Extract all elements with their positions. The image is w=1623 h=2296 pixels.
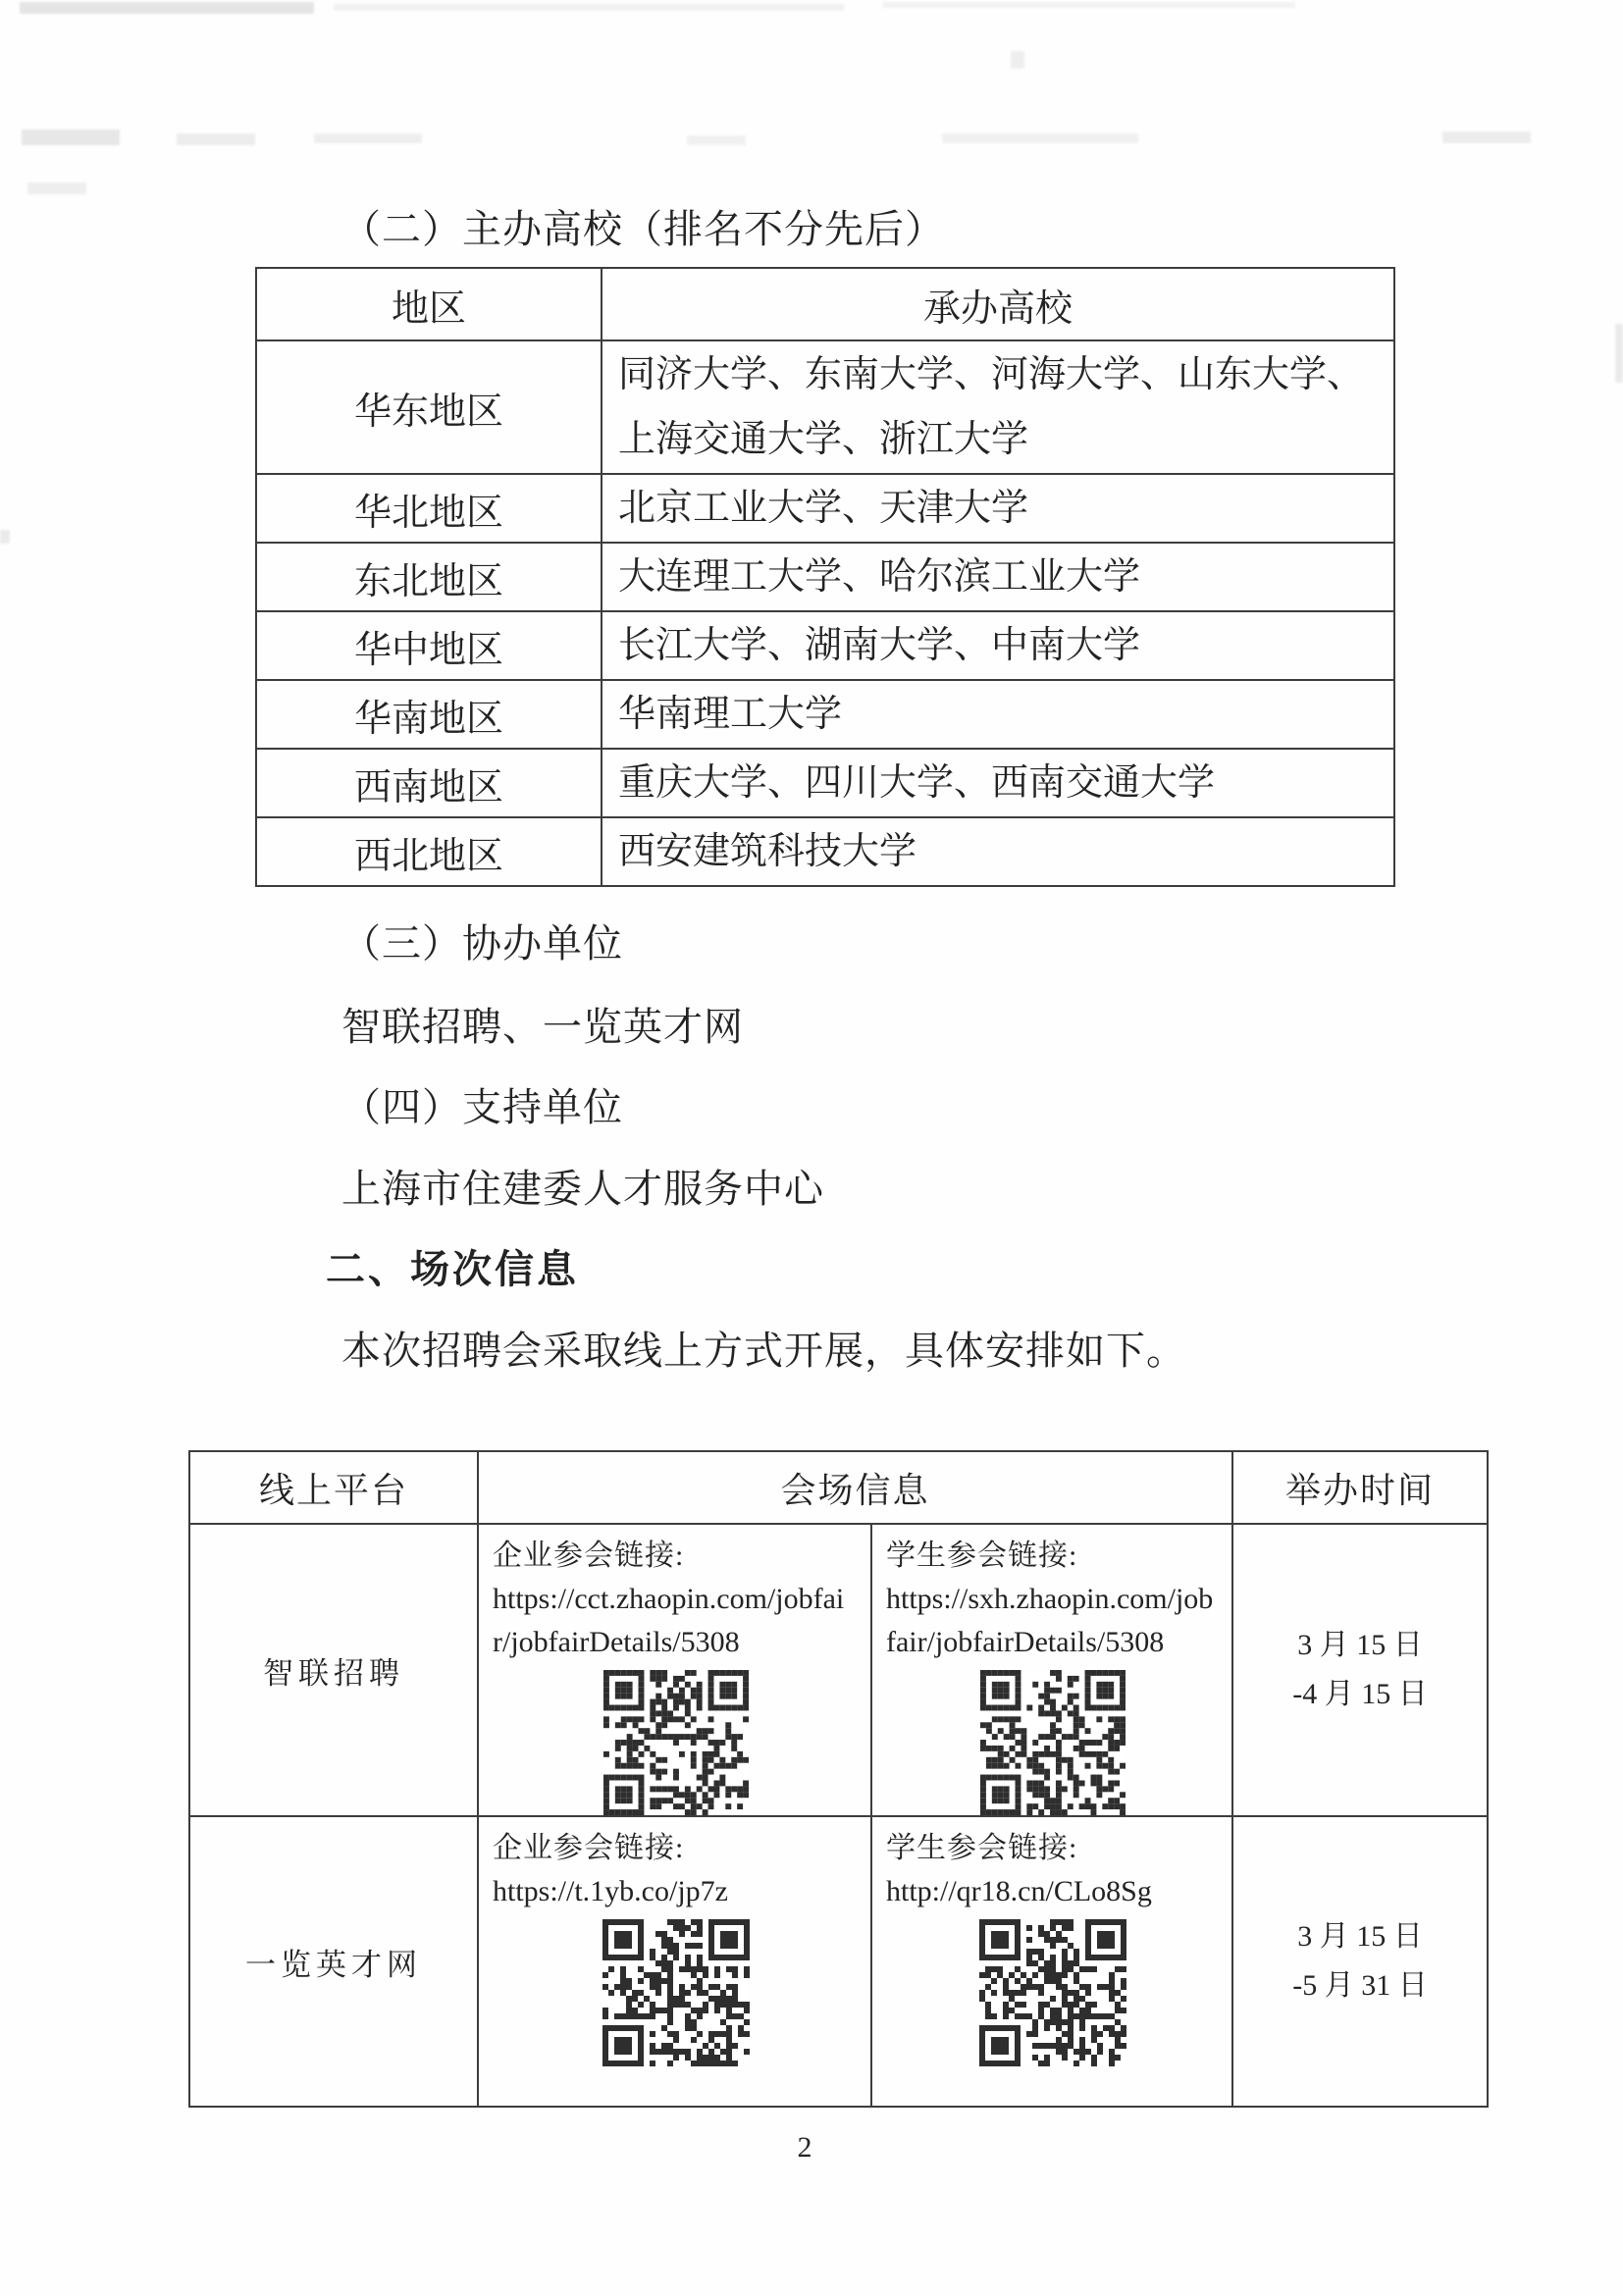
supporters-text: 上海市住建委人才服务中心: [341, 1158, 824, 1214]
company-link-url: https://cct.zhaopin.com/jobfair/jobfairD…: [493, 1578, 859, 1664]
table-row: 华南地区 华南理工大学: [256, 680, 1394, 749]
student-link-url: http://qr18.cn/CLo8Sg: [886, 1870, 1220, 1913]
scan-artifact: [1442, 131, 1531, 143]
region-cell: 东北地区: [256, 543, 602, 611]
schools-cell: 西安建筑科技大学: [602, 817, 1394, 886]
scan-artifact: [942, 133, 1138, 143]
scan-artifact: [1011, 51, 1024, 69]
table-row: 东北地区 大连理工大学、哈尔滨工业大学: [256, 543, 1394, 611]
scan-artifact: [22, 130, 120, 145]
region-cell: 华南地区: [256, 680, 602, 749]
table-row: 西北地区 西安建筑科技大学: [256, 817, 1394, 886]
scan-artifact: [27, 183, 86, 194]
section-heading-supporters: （四）支持单位: [341, 1076, 623, 1132]
column-header-date: 举办时间: [1232, 1451, 1488, 1524]
student-link-cell: 学生参会链接: https://sxh.zhaopin.com/jobfair/…: [871, 1524, 1232, 1816]
session-info-table: 线上平台 会场信息 举办时间 智联招聘 企业参会链接: https://cct.…: [188, 1450, 1489, 2108]
date-start: 3 月 15 日: [1234, 1912, 1486, 1961]
page-number: 2: [0, 2131, 1609, 2165]
scan-artifact: [687, 135, 746, 145]
event-dates: 3 月 15 日 -5 月 31 日: [1232, 1816, 1488, 2107]
region-cell: 华东地区: [256, 340, 602, 474]
company-link-cell: 企业参会链接: https://t.1yb.co/jp7z: [478, 1816, 871, 2107]
qr-code-company-zhaopin: [603, 1670, 749, 1815]
schools-cell: 大连理工大学、哈尔滨工业大学: [602, 543, 1394, 611]
date-start: 3 月 15 日: [1234, 1621, 1486, 1670]
schools-cell: 重庆大学、四川大学、西南交通大学: [602, 749, 1394, 817]
schools-cell: 同济大学、东南大学、河海大学、山东大学、上海交通大学、浙江大学: [602, 340, 1394, 474]
scan-artifact: [20, 2, 314, 14]
table-row: 华北地区 北京工业大学、天津大学: [256, 474, 1394, 543]
section-heading-host-universities: （二）主办高校（排名不分先后）: [341, 198, 945, 254]
table-row: 华中地区 长江大学、湖南大学、中南大学: [256, 611, 1394, 680]
student-link-url: https://sxh.zhaopin.com/jobfair/jobfairD…: [886, 1578, 1220, 1664]
table-row: 西南地区 重庆大学、四川大学、西南交通大学: [256, 749, 1394, 817]
date-end: -4 月 15 日: [1234, 1670, 1486, 1719]
region-cell: 华北地区: [256, 474, 602, 543]
qr-code-student-yilan: [979, 1919, 1126, 2066]
region-cell: 西南地区: [256, 749, 602, 817]
region-cell: 华中地区: [256, 611, 602, 680]
scan-artifact: [177, 133, 255, 145]
column-header-schools: 承办高校: [602, 268, 1394, 340]
student-link-cell: 学生参会链接: http://qr18.cn/CLo8Sg: [871, 1816, 1232, 2107]
column-header-platform: 线上平台: [189, 1451, 478, 1524]
qr-code-company-yilan: [602, 1919, 750, 2066]
schools-cell: 北京工业大学、天津大学: [602, 474, 1394, 543]
platform-name: 智联招聘: [189, 1524, 478, 1816]
table-row: 华东地区 同济大学、东南大学、河海大学、山东大学、上海交通大学、浙江大学: [256, 340, 1394, 474]
scan-artifact: [883, 2, 1295, 8]
column-header-venue-info: 会场信息: [478, 1451, 1232, 1524]
section-heading-session-info: 二、场次信息: [326, 1238, 579, 1294]
company-link-label: 企业参会链接:: [493, 1535, 859, 1578]
table-row-yilan: 一览英才网 企业参会链接: https://t.1yb.co/jp7z 学生参会…: [189, 1816, 1488, 2107]
table-header-row: 线上平台 会场信息 举办时间: [189, 1451, 1488, 1524]
event-dates: 3 月 15 日 -4 月 15 日: [1232, 1524, 1488, 1816]
session-intro-text: 本次招聘会采取线上方式开展，具体安排如下。: [341, 1320, 1186, 1376]
platform-name: 一览英才网: [189, 1816, 478, 2107]
co-organizers-text: 智联招聘、一览英才网: [341, 996, 744, 1052]
schools-cell: 华南理工大学: [602, 680, 1394, 749]
company-link-url: https://t.1yb.co/jp7z: [493, 1870, 859, 1913]
scan-artifact: [1615, 324, 1623, 383]
scanned-document-page: （二）主办高校（排名不分先后） 地区 承办高校 华东地区 同济大学、东南大学、河…: [0, 0, 1623, 2296]
schools-cell: 长江大学、湖南大学、中南大学: [602, 611, 1394, 680]
company-link-cell: 企业参会链接: https://cct.zhaopin.com/jobfair/…: [478, 1524, 871, 1816]
host-universities-table: 地区 承办高校 华东地区 同济大学、东南大学、河海大学、山东大学、上海交通大学、…: [255, 267, 1395, 887]
student-link-label: 学生参会链接:: [886, 1535, 1220, 1578]
region-cell: 西北地区: [256, 817, 602, 886]
table-header-row: 地区 承办高校: [256, 268, 1394, 340]
scan-artifact: [334, 4, 844, 11]
date-end: -5 月 31 日: [1234, 1961, 1486, 2010]
scan-artifact: [0, 530, 10, 544]
table-row-zhaopin: 智联招聘 企业参会链接: https://cct.zhaopin.com/job…: [189, 1524, 1488, 1816]
scan-artifact: [314, 133, 422, 143]
qr-code-student-zhaopin: [980, 1670, 1126, 1815]
student-link-label: 学生参会链接:: [886, 1827, 1220, 1870]
company-link-label: 企业参会链接:: [493, 1827, 859, 1870]
column-header-region: 地区: [256, 268, 602, 340]
section-heading-co-organizers: （三）协办单位: [341, 913, 623, 968]
